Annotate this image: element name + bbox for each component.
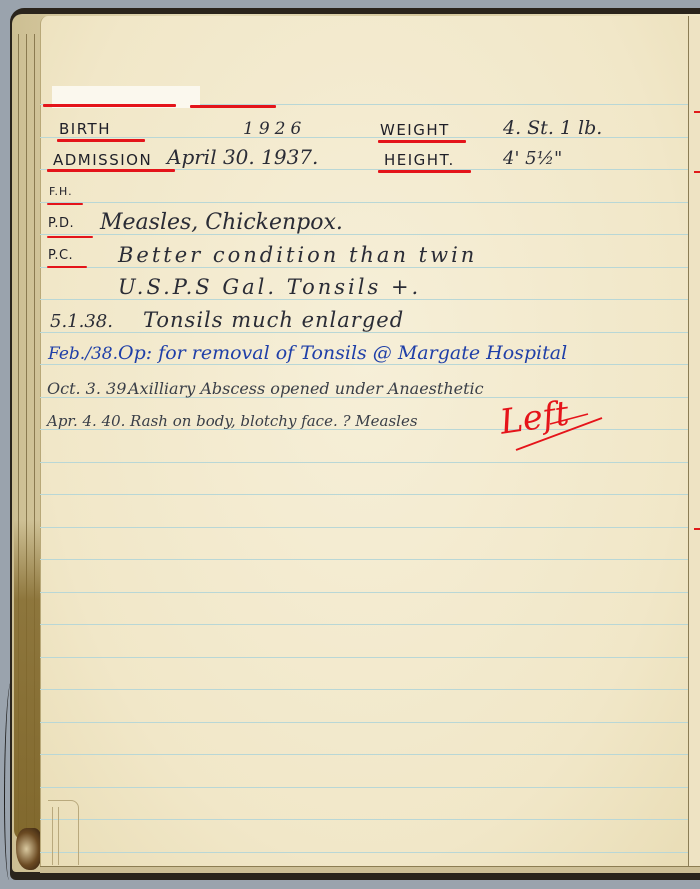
ruled-line: [40, 722, 688, 723]
previous-diseases-label: P.D.: [48, 216, 74, 231]
ruled-line: [40, 754, 688, 755]
ruled-line: [40, 267, 688, 268]
ruled-line: [40, 299, 688, 300]
blank-field-underline: [190, 105, 276, 108]
height-label-underline: [378, 170, 471, 173]
blank-name-underline: [43, 104, 176, 107]
corner-damage: [16, 828, 42, 870]
ruled-line: [40, 559, 688, 560]
entry-date: Feb./38.: [48, 344, 118, 364]
birth-label: BIRTH: [59, 120, 111, 138]
height-label: HEIGHT.: [384, 151, 455, 169]
entry-text: Rash on body, blotchy face. ? Measles: [130, 412, 418, 430]
ruled-line: [40, 494, 688, 495]
facing-page-red-mark: [694, 171, 700, 173]
ruled-line: [40, 462, 688, 463]
birth-value: 1926: [243, 119, 306, 139]
page-bottom-edge: [40, 866, 700, 873]
ruled-line: [40, 787, 688, 788]
entry-text: Axilliary Abscess opened under Anaesthet…: [128, 379, 484, 398]
ruled-line: [40, 202, 688, 203]
ruled-line: [40, 364, 688, 365]
ruled-line: [40, 657, 688, 658]
present-condition-line-1: Better condition than twin: [118, 243, 477, 267]
index-tab-impression: [48, 800, 79, 865]
present-condition-line-2: U.S.P.S Gal. Tonsils +.: [118, 275, 421, 299]
birth-label-underline: [57, 139, 145, 142]
height-value: 4' 5½": [503, 148, 562, 169]
ruled-line: [40, 332, 688, 333]
family-history-underline: [47, 203, 83, 205]
weight-value: 4. St. 1 lb.: [503, 117, 602, 139]
previous-diseases-underline: [47, 236, 93, 238]
ruled-line: [40, 852, 688, 853]
entry-text: Op: for removal of Tonsils @ Margate Hos…: [118, 342, 567, 364]
present-condition-underline: [47, 266, 87, 268]
admission-label: ADMISSION: [53, 151, 152, 169]
present-condition-label: P.C.: [48, 248, 73, 263]
ruled-line: [40, 527, 688, 528]
entry-text: Tonsils much enlarged: [143, 308, 404, 332]
annotation-flourish: [510, 410, 606, 458]
facing-page-edge: [688, 16, 700, 866]
entry-date: Apr. 4. 40.: [47, 412, 125, 430]
admission-label-underline: [47, 169, 175, 172]
ruled-line: [40, 689, 688, 690]
weight-label: WEIGHT: [380, 121, 450, 139]
facing-page-red-mark: [694, 528, 700, 530]
previous-diseases-value: Measles, Chickenpox.: [100, 210, 343, 235]
entry-date: 5.1.38.: [50, 311, 113, 332]
binding-thread: [4, 680, 17, 880]
ruled-line: [40, 592, 688, 593]
weight-label-underline: [378, 140, 466, 143]
admission-value: April 30. 1937.: [167, 145, 318, 169]
facing-page-red-mark: [694, 111, 700, 113]
entry-date: Oct. 3. 39.: [47, 379, 131, 398]
family-history-label: F.H.: [49, 185, 73, 198]
ruled-line: [40, 624, 688, 625]
ruled-line: [40, 819, 688, 820]
